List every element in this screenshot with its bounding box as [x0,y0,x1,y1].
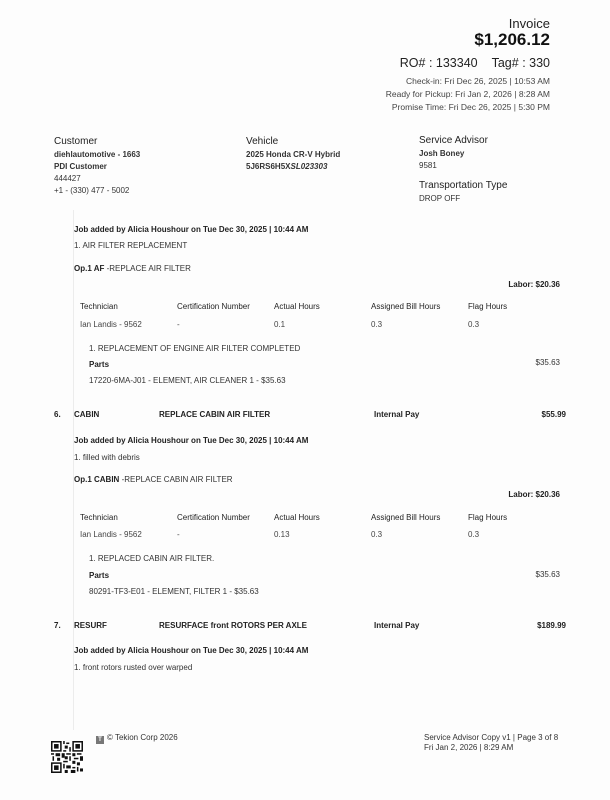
th-technician: Technician [80,513,118,522]
td-flag-hours: 0.3 [468,530,479,539]
op-code: Op.1 CABIN [74,475,119,484]
qr-code-icon [51,740,83,774]
job-amount: $55.99 [542,410,566,419]
td-certification: - [177,530,180,539]
td-technician: Ian Landis - 9562 [80,530,142,539]
customer-type: PDI Customer [54,161,140,173]
job-pay-type: Internal Pay [374,621,419,630]
th-flag-hours: Flag Hours [468,302,507,311]
td-actual-hours: 0.1 [274,320,285,329]
part-line: 17220-6MA-J01 - ELEMENT, AIR CLEANER 1 -… [89,376,286,385]
customer-name: diehlautomotive - 1663 [54,149,140,161]
service-advisor-heading: Service Advisor [419,135,507,146]
job-number: 7. [54,621,61,630]
vin-prefix: 5J6RS6H5X [246,162,290,171]
td-technician: Ian Landis - 9562 [80,320,142,329]
th-actual-hours: Actual Hours [274,513,320,522]
parts-label: Parts [89,571,109,580]
th-technician: Technician [80,302,118,311]
parts-total: $35.63 [536,570,560,579]
vehicle-section: Vehicle 2025 Honda CR-V Hybrid 5J6RS6H5X… [246,136,340,173]
service-advisor-id: 9581 [419,160,507,172]
service-advisor-section: Service Advisor Josh Boney 9581 Transpor… [419,135,507,205]
parts-total: $35.63 [536,358,560,367]
job-title: REPLACE CABIN AIR FILTER [159,410,270,419]
invoice-label: Invoice [509,16,550,31]
tag-number: Tag# : 330 [492,56,550,70]
th-assigned-bill-hours: Assigned Bill Hours [371,513,440,522]
job-added-by: Job added by Alicia Houshour on Tue Dec … [74,436,308,445]
th-actual-hours: Actual Hours [274,302,320,311]
op-description: -REPLACE AIR FILTER [104,264,191,273]
job-concern: 1. filled with debris [74,453,140,462]
job-correction: 1. REPLACEMENT OF ENGINE AIR FILTER COMP… [89,344,300,353]
labor-total: Labor: $20.36 [508,280,560,289]
td-assigned-bill-hours: 0.3 [371,320,382,329]
job-correction: 1. REPLACED CABIN AIR FILTER. [89,554,214,563]
transportation-value: DROP OFF [419,193,507,205]
td-flag-hours: 0.3 [468,320,479,329]
job-code: CABIN [74,410,99,419]
ro-tag-line: RO# : 133340Tag# : 330 [400,56,550,70]
customer-phone: +1 - (330) 477 - 5002 [54,185,140,197]
customer-section: Customer diehlautomotive - 1663 PDI Cust… [54,136,140,197]
tekion-logo-icon: T [96,736,104,744]
job-added-by: Job added by Alicia Houshour on Tue Dec … [74,225,308,234]
th-assigned-bill-hours: Assigned Bill Hours [371,302,440,311]
labor-total: Labor: $20.36 [508,490,560,499]
parts-label: Parts [89,360,109,369]
td-actual-hours: 0.13 [274,530,290,539]
job-added-by: Job added by Alicia Houshour on Tue Dec … [74,646,308,655]
job-pay-type: Internal Pay [374,410,419,419]
td-assigned-bill-hours: 0.3 [371,530,382,539]
footer-copy-info: Service Advisor Copy v1 | Page 3 of 8 [424,733,558,742]
customer-number: 444427 [54,173,140,185]
check-in-time: Check-in: Fri Dec 26, 2025 | 10:53 AM [406,76,550,86]
job-title: RESURFACE front ROTORS PER AXLE [159,621,307,630]
ready-for-pickup-time: Ready for Pickup: Fri Jan 2, 2026 | 8:28… [386,89,550,99]
promise-time: Promise Time: Fri Dec 26, 2025 | 5:30 PM [392,102,550,112]
th-certification: Certification Number [177,302,250,311]
job-amount: $189.99 [537,621,566,630]
operation-line: Op.1 AF -REPLACE AIR FILTER [74,264,191,273]
footer-printed-time: Fri Jan 2, 2026 | 8:29 AM [424,743,513,752]
vehicle-vin: 5J6RS6H5XSL023303 [246,161,340,173]
customer-heading: Customer [54,136,140,147]
job-code: RESURF [74,621,107,630]
operation-line: Op.1 CABIN -REPLACE CABIN AIR FILTER [74,475,233,484]
vehicle-model: 2025 Honda CR-V Hybrid [246,149,340,161]
invoice-total: $1,206.12 [474,30,550,50]
ro-number: RO# : 133340 [400,56,478,70]
service-advisor-name: Josh Boney [419,148,507,160]
op-code: Op.1 AF [74,264,104,273]
job-number: 6. [54,410,61,419]
op-description: -REPLACE CABIN AIR FILTER [119,475,232,484]
job-concern: 1. front rotors rusted over warped [74,663,192,672]
vehicle-heading: Vehicle [246,136,340,147]
part-line: 80291-TF3-E01 - ELEMENT, FILTER 1 - $35.… [89,587,259,596]
copyright-text: © Tekion Corp 2026 [107,733,178,742]
th-certification: Certification Number [177,513,250,522]
th-flag-hours: Flag Hours [468,513,507,522]
footer-copyright: T© Tekion Corp 2026 [96,733,178,744]
vin-suffix: SL023303 [290,162,327,171]
job-concern: 1. AIR FILTER REPLACEMENT [74,241,187,250]
td-certification: - [177,320,180,329]
transportation-heading: Transportation Type [419,180,507,191]
